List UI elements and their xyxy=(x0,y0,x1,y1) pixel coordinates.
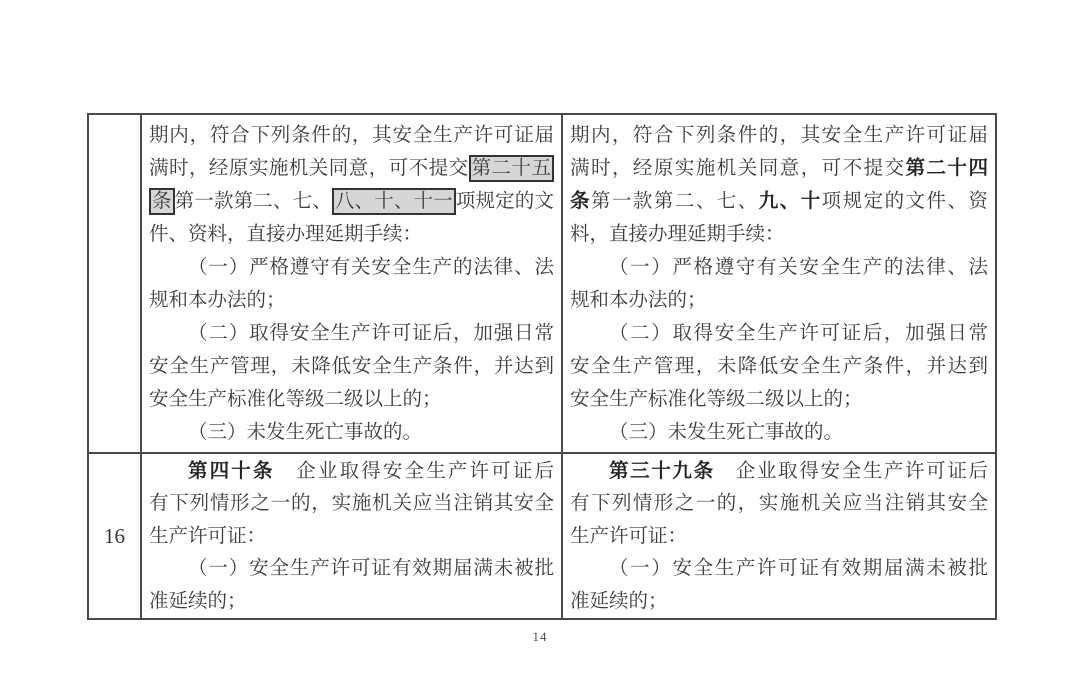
text-segment: 第一款第二、七、 xyxy=(591,191,759,212)
text-segment: （二）取得安全生产许可证后，加强日常 xyxy=(609,323,988,344)
text-line: （一）严格遵守有关安全生产的法律、法 xyxy=(149,251,554,284)
text-line: （一）安全生产许可证有效期届满未被批 xyxy=(149,553,554,585)
new-version-text-cell-row2: 第三十九条 企业取得安全生产许可证后有下列情形之一的，实施机关应当注销其安全生产… xyxy=(563,454,995,618)
text-segment: 项规定的文件、资 xyxy=(822,191,988,212)
document-page: 期内，符合下列条件的，其安全生产许可证届满时，经原实施机关同意，可不提交第二十五… xyxy=(0,0,1080,678)
text-segment: 安全生产管理，未降低安全生产条件，并达到 xyxy=(570,356,988,377)
text-segment: 规和本办法的； xyxy=(570,290,707,311)
text-line: 满时，经原实施机关同意，可不提交第二十五 xyxy=(149,152,554,185)
text-line: 规和本办法的； xyxy=(570,284,988,317)
bold-text-segment: 第二十四 xyxy=(906,158,988,179)
text-segment: 安全生产标准化等级二级以上的； xyxy=(570,389,863,410)
text-line: 有下列情形之一的，实施机关应当注销其安全 xyxy=(570,488,988,520)
text-segment: 有下列情形之一的，实施机关应当注销其安全 xyxy=(570,493,988,514)
highlighted-text-segment: 第二十五 xyxy=(469,155,554,182)
text-line: （一）严格遵守有关安全生产的法律、法 xyxy=(570,251,988,284)
text-segment: 企业取得安全生产许可证后 xyxy=(715,461,988,482)
row-index-cell-row1 xyxy=(89,115,142,454)
text-line: 件、资料，直接办理延期手续： xyxy=(149,218,554,251)
text-segment: 企业取得安全生产许可证后 xyxy=(275,461,554,482)
bold-text-segment: 第四十条 xyxy=(188,461,275,482)
highlighted-text-segment: 八、十、十一 xyxy=(332,188,456,215)
text-segment: 第一款第二、七、 xyxy=(175,191,332,212)
bold-text-segment: 第三十九条 xyxy=(609,461,715,482)
text-segment: 准延续的； xyxy=(149,591,247,612)
text-line: 条第一款第二、七、八、十、十一项规定的文 xyxy=(149,185,554,218)
text-segment: 满时，经原实施机关同意，可不提交 xyxy=(570,158,906,179)
bold-text-segment: 九、十 xyxy=(759,191,822,212)
regulation-comparison-table: 期内，符合下列条件的，其安全生产许可证届满时，经原实施机关同意，可不提交第二十五… xyxy=(87,113,997,620)
text-line: 准延续的； xyxy=(149,586,554,618)
text-segment: 安全生产管理，未降低安全生产条件，并达到 xyxy=(149,356,554,377)
old-version-text-cell-row1: 期内，符合下列条件的，其安全生产许可证届满时，经原实施机关同意，可不提交第二十五… xyxy=(142,115,563,454)
text-line: 条第一款第二、七、九、十项规定的文件、资 xyxy=(570,185,988,218)
text-line: 准延续的； xyxy=(570,586,988,618)
text-segment: 安全生产标准化等级二级以上的； xyxy=(149,389,442,410)
text-line: （三）未发生死亡事故的。 xyxy=(149,416,554,449)
row-index-label: 16 xyxy=(104,524,125,549)
text-segment: 生产许可证： xyxy=(570,526,687,547)
text-line: 有下列情形之一的，实施机关应当注销其安全 xyxy=(149,488,554,520)
text-line: 安全生产管理，未降低安全生产条件，并达到 xyxy=(149,350,554,383)
text-line: （三）未发生死亡事故的。 xyxy=(570,416,988,449)
text-segment: 准延续的； xyxy=(570,591,668,612)
text-line: 安全生产管理，未降低安全生产条件，并达到 xyxy=(570,350,988,383)
text-line: 满时，经原实施机关同意，可不提交第二十四 xyxy=(570,152,988,185)
text-line: 安全生产标准化等级二级以上的； xyxy=(570,383,988,416)
text-segment: 料，直接办理延期手续： xyxy=(570,224,785,245)
text-segment: 满时，经原实施机关同意，可不提交 xyxy=(149,158,469,179)
highlighted-text-segment: 条 xyxy=(149,188,175,215)
text-line: （二）取得安全生产许可证后，加强日常 xyxy=(570,317,988,350)
text-segment: （一）安全生产许可证有效期届满未被批 xyxy=(609,558,988,579)
text-line: （二）取得安全生产许可证后，加强日常 xyxy=(149,317,554,350)
text-segment: 项规定的文 xyxy=(456,191,554,212)
text-line: 第四十条 企业取得安全生产许可证后 xyxy=(149,456,554,488)
text-line: 期内，符合下列条件的，其安全生产许可证届 xyxy=(149,119,554,152)
old-version-text-cell-row2: 第四十条 企业取得安全生产许可证后有下列情形之一的，实施机关应当注销其安全生产许… xyxy=(142,454,563,618)
text-line: 第三十九条 企业取得安全生产许可证后 xyxy=(570,456,988,488)
text-segment: 生产许可证： xyxy=(149,526,266,547)
text-segment: 件、资料，直接办理延期手续： xyxy=(149,224,422,245)
text-line: 安全生产标准化等级二级以上的； xyxy=(149,383,554,416)
text-line: 期内，符合下列条件的，其安全生产许可证届 xyxy=(570,119,988,152)
text-line: 规和本办法的； xyxy=(149,284,554,317)
text-segment: 规和本办法的； xyxy=(149,290,286,311)
text-segment: 期内，符合下列条件的，其安全生产许可证届 xyxy=(570,125,988,146)
text-segment: （二）取得安全生产许可证后，加强日常 xyxy=(188,323,554,344)
text-segment: （一）安全生产许可证有效期届满未被批 xyxy=(188,558,554,579)
text-segment: （三）未发生死亡事故的。 xyxy=(609,422,843,443)
text-segment: （一）严格遵守有关安全生产的法律、法 xyxy=(188,257,554,278)
text-segment: 有下列情形之一的，实施机关应当注销其安全 xyxy=(149,493,554,514)
row-index-cell-row2: 16 xyxy=(89,454,142,618)
text-line: 生产许可证： xyxy=(570,521,988,553)
text-line: （一）安全生产许可证有效期届满未被批 xyxy=(570,553,988,585)
text-line: 料，直接办理延期手续： xyxy=(570,218,988,251)
text-segment: （三）未发生死亡事故的。 xyxy=(188,422,422,443)
page-number: 14 xyxy=(0,629,1080,645)
new-version-text-cell-row1: 期内，符合下列条件的，其安全生产许可证届满时，经原实施机关同意，可不提交第二十四… xyxy=(563,115,995,454)
text-segment: （一）严格遵守有关安全生产的法律、法 xyxy=(609,257,988,278)
text-segment: 期内，符合下列条件的，其安全生产许可证届 xyxy=(149,125,554,146)
bold-text-segment: 条 xyxy=(570,191,591,212)
text-line: 生产许可证： xyxy=(149,521,554,553)
